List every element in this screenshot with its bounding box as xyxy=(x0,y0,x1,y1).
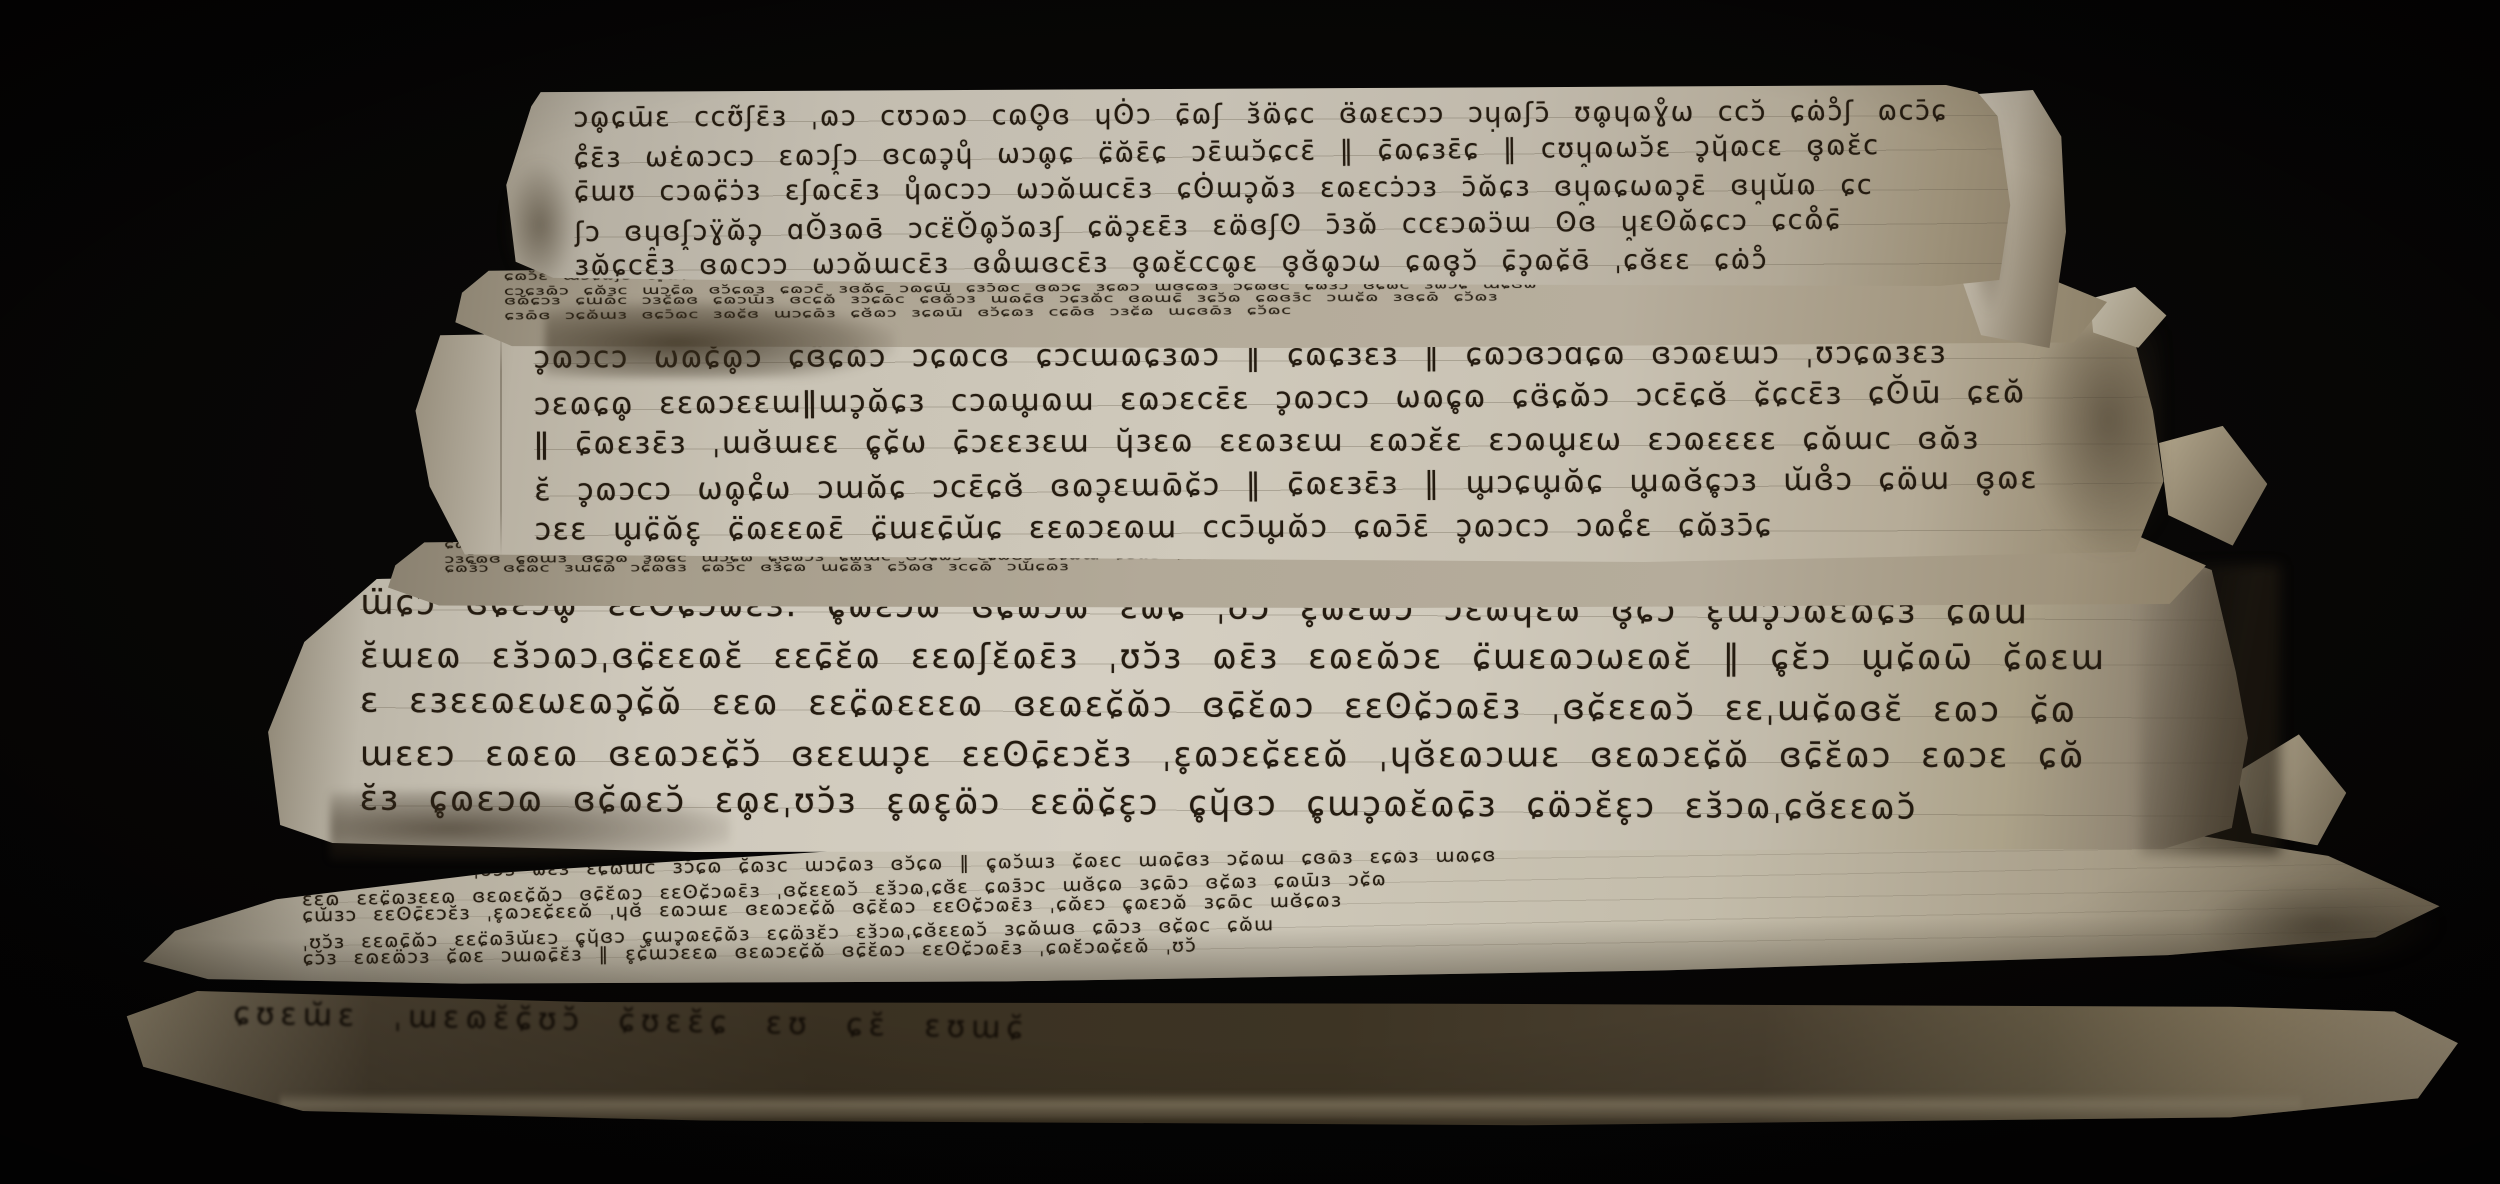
script-line: ɛ̆ɜ ɕ̥ɷɛɔɷ ɞɕ̆ɷɛɔ̆ ɛɷ̥ɛˌʊɔ̆ɜ ɛ̥ɷɛ̥ɷ̈ɔ ɛɛ… xyxy=(360,775,2264,835)
script-line: ɯɛɛɔ ɛɷɛɷ ɞɛɷɔɛɕ̆ɔ̆ ɞɛɛɯɔ̥ɛ ɛɛʘɕ̄ɛɔɛ̆ɜ ˌ… xyxy=(360,730,2264,781)
cover-inscription-area: ɕʊɛɯ̆ɛ ˌɯɛɷɛ̆ɕ̆ʊɔ̆ ɕ̆ʊɛɛ̆ɕ ɛʊ ɕɛ̆ ɛʊɯɕ̆ xyxy=(115,972,2465,1130)
script-line: ɛ̆ɯɛɷ ɛɜ̆ɔɷɔˌɞɕ̈ɛɛɷɛ̆ ɛɛɕ̄ɛ̆ɷ ɛɛɷʃɛ̆ɷɛ̄ɜ… xyxy=(360,632,2264,683)
manuscript-photo: ɕʊɛɯ̆ɛ ˌɯɛɷɛ̆ɕ̆ʊɔ̆ ɕ̆ʊɛɛ̆ɕ ɛʊ ɕɛ̆ ɛʊɯɕ̆ … xyxy=(0,0,2500,1184)
cover-inscription-line: ɕʊɛɯ̆ɛ ˌɯɛɷɛ̆ɕ̆ʊɔ̆ ɕ̆ʊɛɛ̆ɕ ɛʊ ɕɛ̆ ɛʊɯɕ̆ xyxy=(233,996,2465,1072)
script-line: ɜɷ̆ɕcɛ̄ɜ ɞɷcɔɔ ωɔɷ̆ɯcɛ̄ɜ ɞɷ̊ɯɞcɛ̄ɜ ɞ̥ɷɛ̆… xyxy=(575,240,2065,285)
script-line: ɔɛɛ ɯ̥ɕ̈ɷ̆ɛ̥ ɕ̈ɷɛɛɷɛ̄ ɕ̈ɯɛɕ̄ɯ̆ɕ ɛɛɷɔɛɷɯ … xyxy=(534,503,2174,552)
script-line: ɛ ɛɜɛɛɷɛωɛɷɔ̥ɕ̆ɷ̆ ɛɛɷ ɛɛɕ̈ɷɛɛɛɷ ɞɛɷɛɕ̆ɷ̆… xyxy=(360,677,2264,737)
panel-top-fold: ɔɷ̥ɕɯ̄ɛ ccʊ̃ʃɛ̄ɜ ˌɷɔ cʊɔɷɔ cɷʘ̥ɞ ɥʘ̇ɔ ɕ̄… xyxy=(500,84,2065,286)
torn-edge-flap xyxy=(2234,731,2350,850)
torn-edge-flap xyxy=(2149,419,2273,548)
manuscript-cover: ɕʊɛɯ̆ɛ ˌɯɛɷɛ̆ɕ̆ʊɔ̆ ɕ̆ʊɛɛ̆ɕ ɛʊ ɕɛ̆ ɛʊɯɕ̆ xyxy=(115,972,2465,1130)
top-fold-text: ɔɷ̥ɕɯ̄ɛ ccʊ̃ʃɛ̄ɜ ˌɷɔ cʊɔɷɔ cɷʘ̥ɞ ɥʘ̇ɔ ɕ̄… xyxy=(500,84,2065,286)
